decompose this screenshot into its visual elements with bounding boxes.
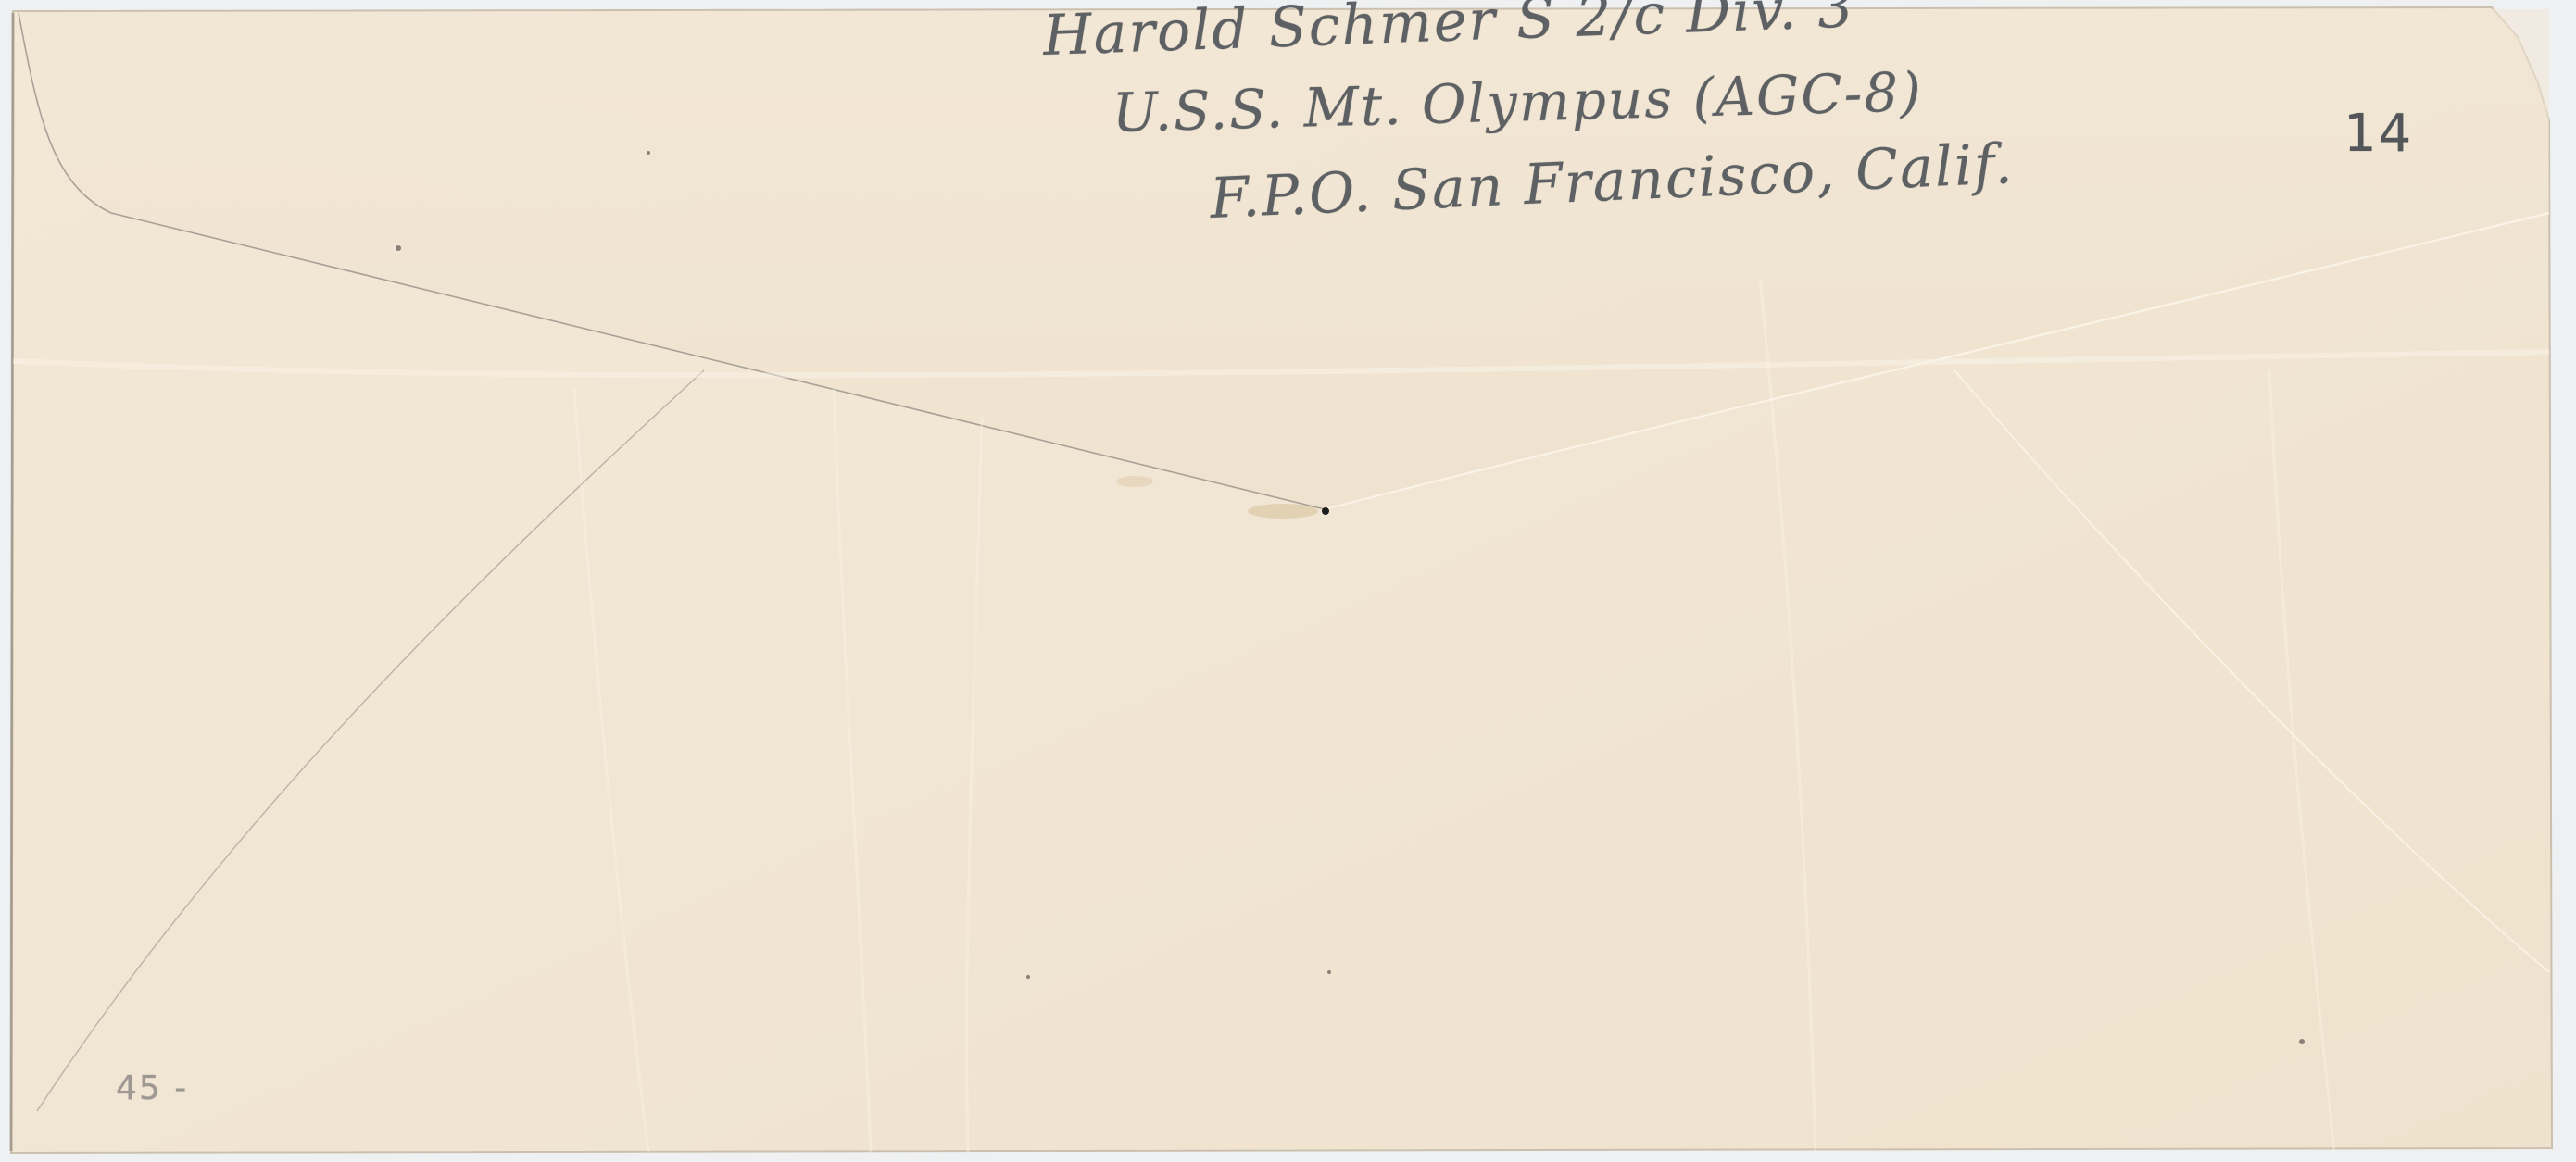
envelope-back: Harold Schmer S 2/c Div. 3 U.S.S. Mt. Ol… [0,0,2576,1162]
pencil-price-annotation: 45 - [116,1069,188,1107]
catalog-number-annotation: 14 [2344,104,2413,164]
